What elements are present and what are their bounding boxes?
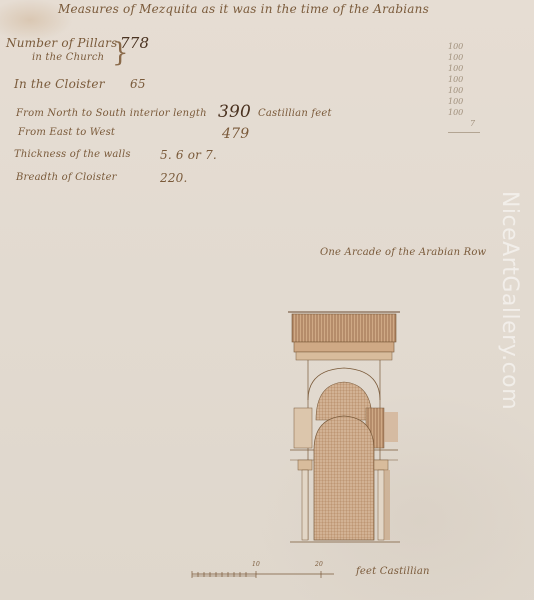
entry-pillars-sublabel: in the Church [32, 52, 104, 63]
margin-number: 100 [448, 42, 475, 52]
drawing-caption: One Arcade of the Arabian Row [320, 247, 486, 258]
margin-number: 100 [448, 108, 475, 118]
arcade-elevation-drawing [280, 300, 410, 550]
document-title: Measures of Mezquita as it was in the ti… [58, 2, 429, 16]
margin-number: 100 [448, 97, 475, 107]
entry-east-west-label: From East to West [18, 127, 115, 138]
entry-pillars-label: Number of Pillars [6, 36, 117, 50]
entry-wall-thickness-label: Thickness of the walls [14, 149, 131, 160]
margin-number: 100 [448, 53, 475, 63]
entry-pillars-value: 778 [120, 34, 149, 52]
entry-east-west-value: 479 [222, 126, 249, 142]
margin-number: 7 [448, 119, 475, 129]
entry-wall-thickness-value: 5. 6 or 7. [160, 148, 217, 162]
entry-cloister-value: 65 [130, 77, 146, 91]
margin-tally-column: 100 100 100 100 100 100 100 7 [448, 42, 475, 129]
margin-sum-line [448, 132, 480, 133]
margin-number: 100 [448, 86, 475, 96]
scale-label: feet Castillian [356, 566, 430, 577]
entry-north-south-value: 390 [218, 102, 251, 122]
scale-bar [188, 560, 358, 584]
entry-cloister-label: In the Cloister [14, 77, 105, 91]
margin-number: 100 [448, 64, 475, 74]
watermark-text: NiceArtGallery.com [498, 190, 523, 409]
scale-mark-20: 20 [315, 561, 323, 568]
margin-number: 100 [448, 75, 475, 85]
entry-unit-label: Castillian feet [258, 108, 332, 119]
entry-north-south-label: From North to South interior length [16, 108, 207, 119]
scale-mark-10: 10 [252, 561, 260, 568]
watermark: NiceArtGallery.com [498, 205, 522, 395]
entry-cloister-breadth-label: Breadth of Cloister [16, 172, 117, 183]
entry-cloister-breadth-value: 220. [160, 171, 188, 185]
